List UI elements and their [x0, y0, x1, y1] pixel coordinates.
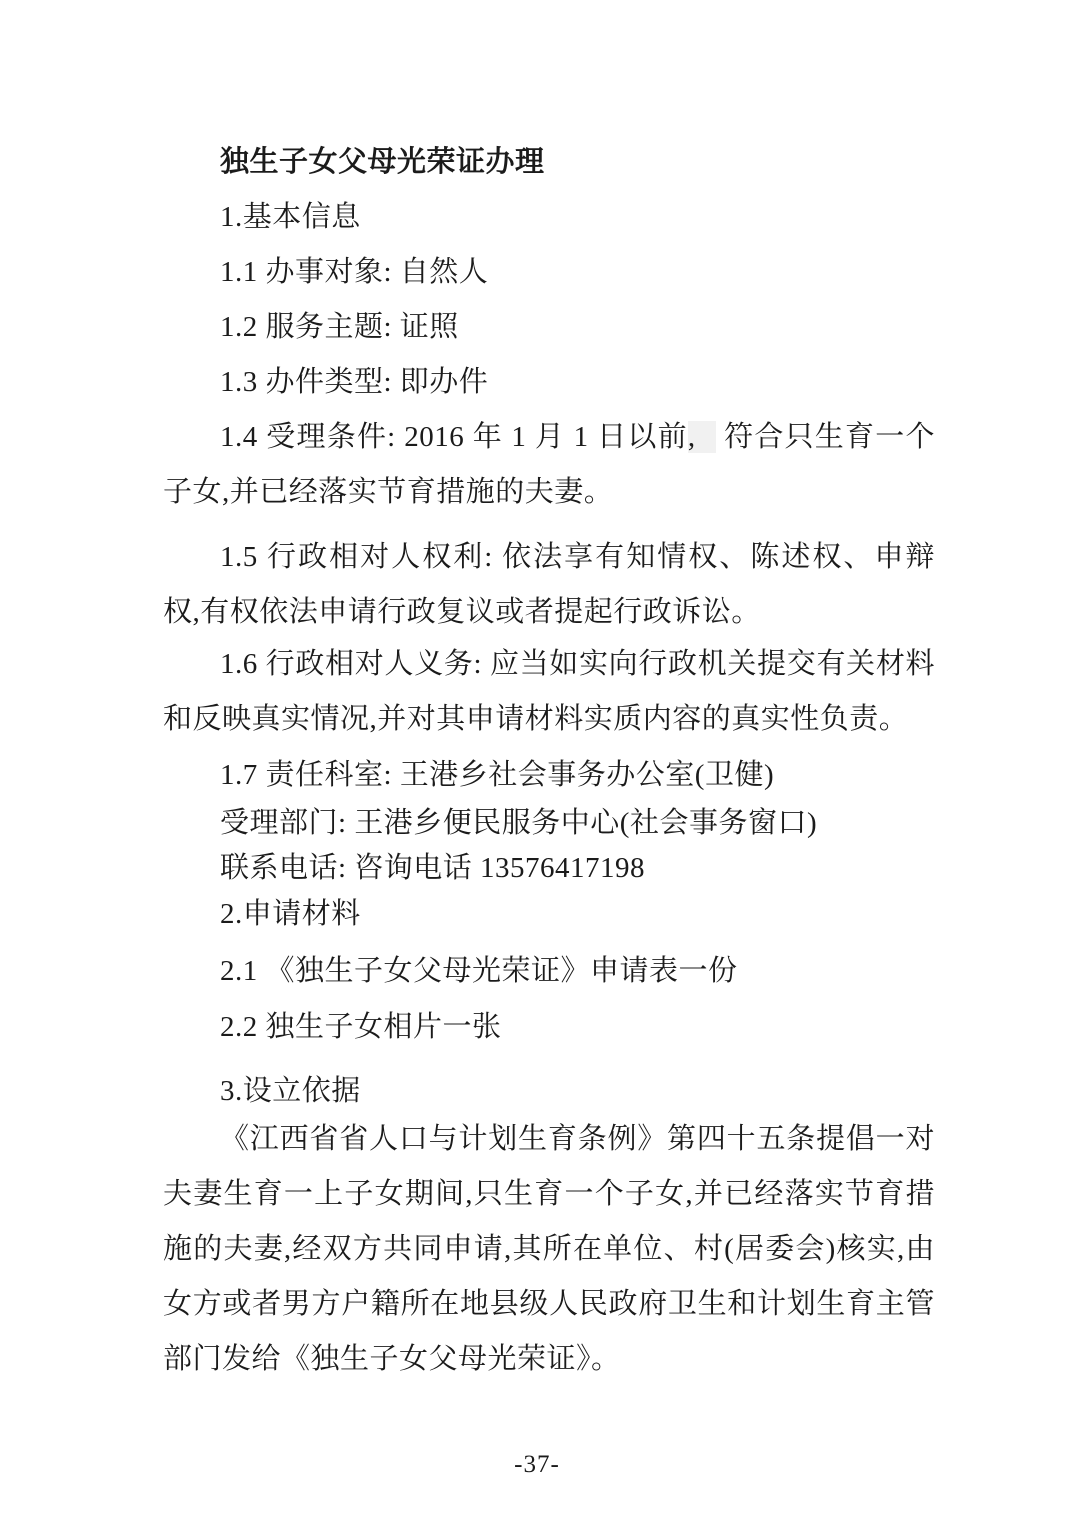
contact-phone-line: 联系电话: 咨询电话 13576417198: [163, 845, 935, 891]
item-2-2: 2.2 独生子女相片一张: [163, 1000, 935, 1055]
item-1-5: 1.5 行政相对人权利: 依法享有知情权、陈述权、申辩权,有权依法申请行政复议或…: [163, 530, 935, 640]
item-2-1: 2.1 《独生子女父母光荣证》申请表一份: [163, 944, 935, 999]
item-1-6: 1.6 行政相对人义务: 应当如实向行政机关提交有关材料和反映真实情况,并对其申…: [163, 637, 935, 747]
page-number: -37-: [0, 1445, 1074, 1485]
item-1-4-text: 1.4 受理条件: 2016 年 1 月 1 日以前: [220, 421, 688, 453]
acceptance-department-line: 受理部门: 王港乡便民服务中心(社会事务窗口): [163, 800, 935, 846]
item-1-3: 1.3 办件类型: 即办件: [163, 355, 935, 410]
document-title: 独生子女父母光荣证办理: [163, 135, 935, 190]
item-1-7: 1.7 责任科室: 王港乡社会事务办公室(卫健): [163, 752, 935, 798]
legal-basis-paragraph: 《江西省省人口与计划生育条例》第四十五条提倡一对夫妻生育一上子女期间,只生育一个…: [163, 1112, 935, 1387]
highlighted-blank: ,: [688, 421, 716, 453]
document-page: 独生子女父母光荣证办理 1.基本信息 1.1 办事对象: 自然人 1.2 服务主…: [0, 0, 1074, 1520]
section-3-heading: 3.设立依据: [163, 1064, 935, 1119]
section-2-heading: 2.申请材料: [163, 887, 935, 942]
item-1-1: 1.1 办事对象: 自然人: [163, 245, 935, 300]
item-1-2: 1.2 服务主题: 证照: [163, 300, 935, 355]
item-1-4: 1.4 受理条件: 2016 年 1 月 1 日以前, 符合只生育一个子女,并已…: [163, 410, 935, 520]
section-1-heading: 1.基本信息: [163, 190, 935, 245]
